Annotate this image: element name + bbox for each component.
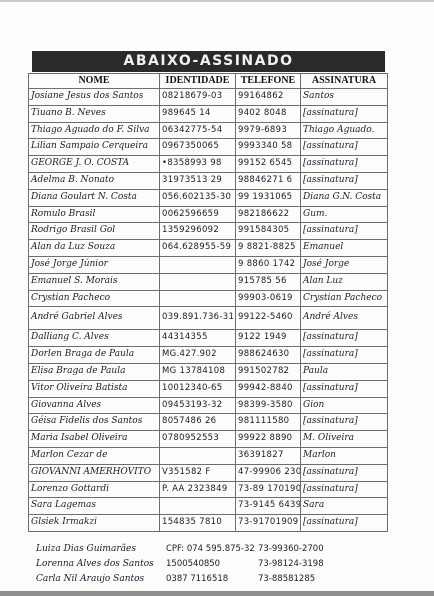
name-cell: André Gabriel Alves xyxy=(29,307,160,330)
table-row: Romulo Brasil0062596659982186622Gum. xyxy=(29,206,388,223)
table-row: Diana Goulart N. Costa056.602135-3099 19… xyxy=(29,189,388,206)
phone-cell: 9 8821-8825 xyxy=(236,240,301,257)
table-row: José Jorge Júnior9 8860 1742José Jorge xyxy=(29,256,388,273)
name-cell: Crystian Pacheco xyxy=(29,290,160,307)
signature-cell: [assinatura] xyxy=(301,515,388,532)
phone-cell: 9402 8048 xyxy=(236,105,301,122)
phone-cell: 99942-8840 xyxy=(236,380,301,397)
signature-cell: [assinatura] xyxy=(301,414,388,431)
identity-cell: P. AA 2323849 xyxy=(160,481,236,498)
identity-cell: 1359296092 xyxy=(160,223,236,240)
phone-cell: 47-99906 2300 xyxy=(236,464,301,481)
phone-cell: 73-91701909 xyxy=(236,515,301,532)
identity-cell: 44314355 xyxy=(160,330,236,347)
phone-cell: 36391827 xyxy=(236,447,301,464)
identity-cell: •8358993 98 xyxy=(160,156,236,173)
name-text: Carla Nil Araujo Santos xyxy=(36,574,144,584)
identity-cell: 056.602135-30 xyxy=(160,189,236,206)
signature-cell: Alan Luz xyxy=(301,273,388,290)
column-header-identidade: IDENTIDADE xyxy=(160,74,236,89)
phone-cell: 988624630 xyxy=(236,347,301,364)
signature-cell: [assinatura] xyxy=(301,347,388,364)
name-cell: Vitor Oliveira Batista xyxy=(29,380,160,397)
column-header-assinatura: ASSINATURA xyxy=(301,74,388,89)
phone-text: 73-88581285 xyxy=(258,574,315,584)
identity-cell: 0780952553 xyxy=(160,431,236,448)
table-row: Sara Lagemas73-9145 6439Sara xyxy=(29,498,388,515)
column-header-telefone: TELEFONE xyxy=(236,74,301,89)
signature-cell: [assinatura] xyxy=(301,481,388,498)
signature-cell: [assinatura] xyxy=(301,380,388,397)
identity-cell: 31973513 29 xyxy=(160,172,236,189)
signature-cell: Sara xyxy=(301,498,388,515)
phone-cell: 9979-6893 xyxy=(236,122,301,139)
identity-cell xyxy=(160,498,236,515)
phone-cell: 99903-0619 xyxy=(236,290,301,307)
name-text: Luiza Dias Guimarães xyxy=(36,544,136,554)
signature-cell: [assinatura] xyxy=(301,464,388,481)
identity-cell: MG.427.902 xyxy=(160,347,236,364)
phone-cell: 99152 6545 xyxy=(236,156,301,173)
identity-cell xyxy=(160,256,236,273)
identity-cell: 06342775-54 xyxy=(160,122,236,139)
table-row: Josiane Jesus dos Santos08218679-0399164… xyxy=(29,89,388,106)
signature-cell: [assinatura] xyxy=(301,223,388,240)
identity-cell xyxy=(160,447,236,464)
identity-cell: 0967350065 xyxy=(160,139,236,156)
name-cell: Thiago Aguado do F. Silva xyxy=(29,122,160,139)
name-cell: Rodrigo Brasil Gol xyxy=(29,223,160,240)
name-cell: GIOVANNI AMERHOVITO xyxy=(29,464,160,481)
name-cell: Maria Isabel Oliveira xyxy=(29,431,160,448)
signature-cell: M. Oliveira xyxy=(301,431,388,448)
name-cell: Dorlen Braga de Paula xyxy=(29,347,160,364)
table-row: Emanuel S. Morais915785 56Alan Luz xyxy=(29,273,388,290)
identity-text: CPF: 074 595.875-32 xyxy=(166,544,255,554)
identity-cell: 154835 7810 xyxy=(160,515,236,532)
signature-table: NOME IDENTIDADE TELEFONE ASSINATURA Josi… xyxy=(28,73,388,532)
name-cell: Josiane Jesus dos Santos xyxy=(29,89,160,106)
name-cell: José Jorge Júnior xyxy=(29,256,160,273)
table-row: Crystian Pacheco99903-0619Crystian Pache… xyxy=(29,290,388,307)
identity-cell: 8057486 26 xyxy=(160,414,236,431)
name-cell: Glsiek Irmakzi xyxy=(29,515,160,532)
name-cell: Géisa Fidelis dos Santos xyxy=(29,414,160,431)
phone-cell: 99922 8890 xyxy=(236,431,301,448)
signature-cell: [assinatura] xyxy=(301,172,388,189)
phone-cell: 73-89 1701909 xyxy=(236,481,301,498)
identity-cell: 039.891.736-31 xyxy=(160,307,236,330)
identity-cell xyxy=(160,290,236,307)
signature-cell: Gum. xyxy=(301,206,388,223)
name-cell: Diana Goulart N. Costa xyxy=(29,189,160,206)
table-row: Dalliang C. Alves443143559122 1949[assin… xyxy=(29,330,388,347)
signature-cell: Marlon xyxy=(301,447,388,464)
table-row: Vitor Oliveira Batista10012340-6599942-8… xyxy=(29,380,388,397)
name-cell: Sara Lagemas xyxy=(29,498,160,515)
scan-bottom-edge xyxy=(0,591,434,596)
table-row: Adelma B. Nonato31973513 2998846271 6[as… xyxy=(29,172,388,189)
document-title: ABAIXO-ASSINADO xyxy=(32,51,385,72)
phone-cell: 981111580 xyxy=(236,414,301,431)
signature-cell: Crystian Pacheco xyxy=(301,290,388,307)
table-row: Lilian Sampaio Cerqueira0967350065999334… xyxy=(29,139,388,156)
signature-cell: Diana G.N. Costa xyxy=(301,189,388,206)
signature-cell: [assinatura] xyxy=(301,139,388,156)
table-row: Dorlen Braga de PaulaMG.427.902988624630… xyxy=(29,347,388,364)
phone-cell: 98846271 6 xyxy=(236,172,301,189)
name-cell: Dalliang C. Alves xyxy=(29,330,160,347)
table-row: GIOVANNI AMERHOVITOV351582 F47-99906 230… xyxy=(29,464,388,481)
identity-cell: 08218679-03 xyxy=(160,89,236,106)
phone-cell: 99122-5460 xyxy=(236,307,301,330)
signature-cell: Gion xyxy=(301,397,388,414)
name-cell: Lorenzo Gottardi xyxy=(29,481,160,498)
name-cell: Elisa Braga de Paula xyxy=(29,363,160,380)
signature-cell: José Jorge xyxy=(301,256,388,273)
identity-cell: 989645 14 xyxy=(160,105,236,122)
table-row: André Gabriel Alves039.891.736-3199122-5… xyxy=(29,307,388,330)
phone-cell: 9122 1949 xyxy=(236,330,301,347)
signature-cell: André Alves xyxy=(301,307,388,330)
phone-cell: 991584305 xyxy=(236,223,301,240)
name-cell: Lilian Sampaio Cerqueira xyxy=(29,139,160,156)
table-row: Lorenzo GottardiP. AA 232384973-89 17019… xyxy=(29,481,388,498)
phone-cell: 99164862 xyxy=(236,89,301,106)
identity-cell: 10012340-65 xyxy=(160,380,236,397)
table-row: Thiago Aguado do F. Silva06342775-549979… xyxy=(29,122,388,139)
identity-cell xyxy=(160,273,236,290)
name-cell: Adelma B. Nonato xyxy=(29,172,160,189)
table-row: Marlon Cezar de36391827Marlon xyxy=(29,447,388,464)
table-row: Alan da Luz Souza064.628955-599 8821-882… xyxy=(29,240,388,257)
phone-cell: 9993340 58 xyxy=(236,139,301,156)
phone-cell: 98399-3580 xyxy=(236,397,301,414)
name-cell: Emanuel S. Morais xyxy=(29,273,160,290)
identity-cell: MG 13784108 xyxy=(160,363,236,380)
scan-top-edge xyxy=(0,0,434,2)
name-cell: Alan da Luz Souza xyxy=(29,240,160,257)
phone-cell: 982186622 xyxy=(236,206,301,223)
table-row: Glsiek Irmakzi154835 781073-91701909[ass… xyxy=(29,515,388,532)
phone-cell: 991502782 xyxy=(236,363,301,380)
signature-cell: [assinatura] xyxy=(301,330,388,347)
column-header-nome: NOME xyxy=(29,74,160,89)
name-text: Lorenna Alves dos Santos xyxy=(36,559,154,569)
identity-text: 0387 7116518 xyxy=(166,574,228,584)
identity-cell: 064.628955-59 xyxy=(160,240,236,257)
table-row: Tiuano B. Neves989645 149402 8048[assina… xyxy=(29,105,388,122)
table-header-row: NOME IDENTIDADE TELEFONE ASSINATURA xyxy=(29,74,388,89)
table-row: GEORGE J. O. COSTA•8358993 9899152 6545[… xyxy=(29,156,388,173)
name-cell: Tiuano B. Neves xyxy=(29,105,160,122)
signature-cell: Santos xyxy=(301,89,388,106)
name-cell: Romulo Brasil xyxy=(29,206,160,223)
identity-cell: 09453193-32 xyxy=(160,397,236,414)
table-row: Giovanna Alves09453193-3298399-3580Gion xyxy=(29,397,388,414)
signature-cell: [assinatura] xyxy=(301,156,388,173)
table-row: Elisa Braga de PaulaMG 13784108991502782… xyxy=(29,363,388,380)
signature-cell: Paula xyxy=(301,363,388,380)
signature-cell: Emanuel xyxy=(301,240,388,257)
identity-text: 1500540850 xyxy=(166,559,220,569)
name-cell: GEORGE J. O. COSTA xyxy=(29,156,160,173)
table-row: Maria Isabel Oliveira078095255399922 889… xyxy=(29,431,388,448)
phone-cell: 73-9145 6439 xyxy=(236,498,301,515)
phone-text: 73-98124-3198 xyxy=(258,559,324,569)
table-row: Rodrigo Brasil Gol1359296092991584305[as… xyxy=(29,223,388,240)
table-row: Géisa Fidelis dos Santos8057486 26981111… xyxy=(29,414,388,431)
identity-cell: 0062596659 xyxy=(160,206,236,223)
phone-text: 73-99360-2700 xyxy=(258,544,324,554)
phone-cell: 99 1931065 xyxy=(236,189,301,206)
phone-cell: 915785 56 xyxy=(236,273,301,290)
signature-cell: Thiago Aguado. xyxy=(301,122,388,139)
name-cell: Giovanna Alves xyxy=(29,397,160,414)
phone-cell: 9 8860 1742 xyxy=(236,256,301,273)
signature-cell: [assinatura] xyxy=(301,105,388,122)
name-cell: Marlon Cezar de xyxy=(29,447,160,464)
identity-cell: V351582 F xyxy=(160,464,236,481)
